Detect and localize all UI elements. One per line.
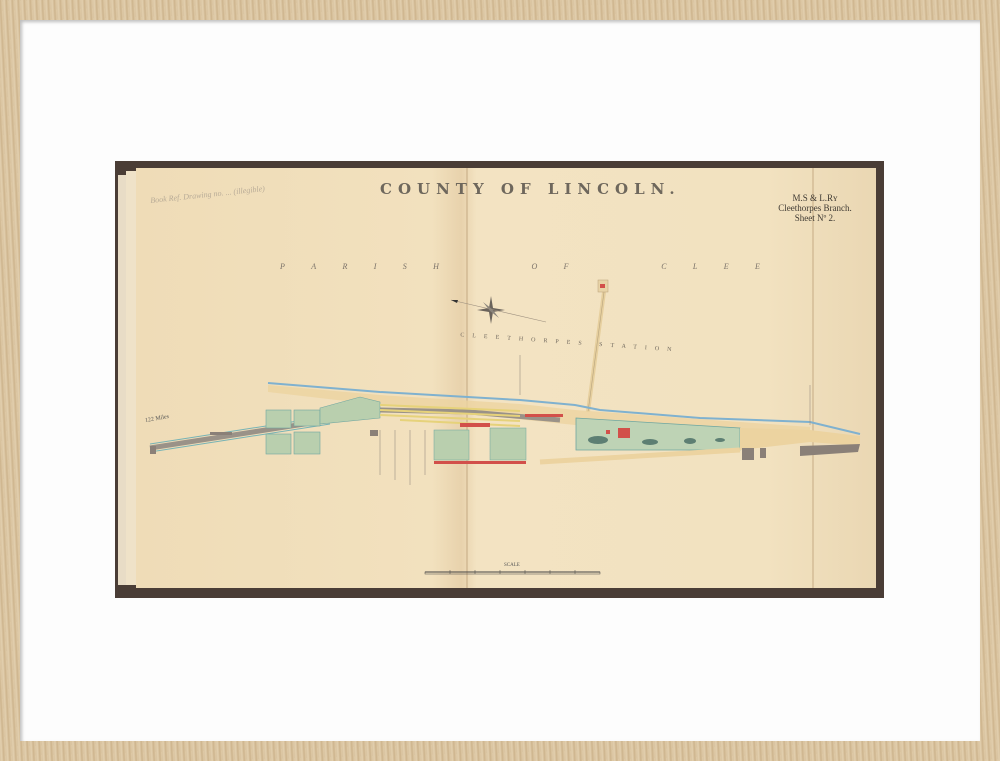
railway-plan-drawing (0, 0, 1000, 761)
scale-bar (425, 570, 600, 574)
compass-rose-icon (451, 296, 546, 324)
scale-label: SCALE (504, 563, 520, 568)
